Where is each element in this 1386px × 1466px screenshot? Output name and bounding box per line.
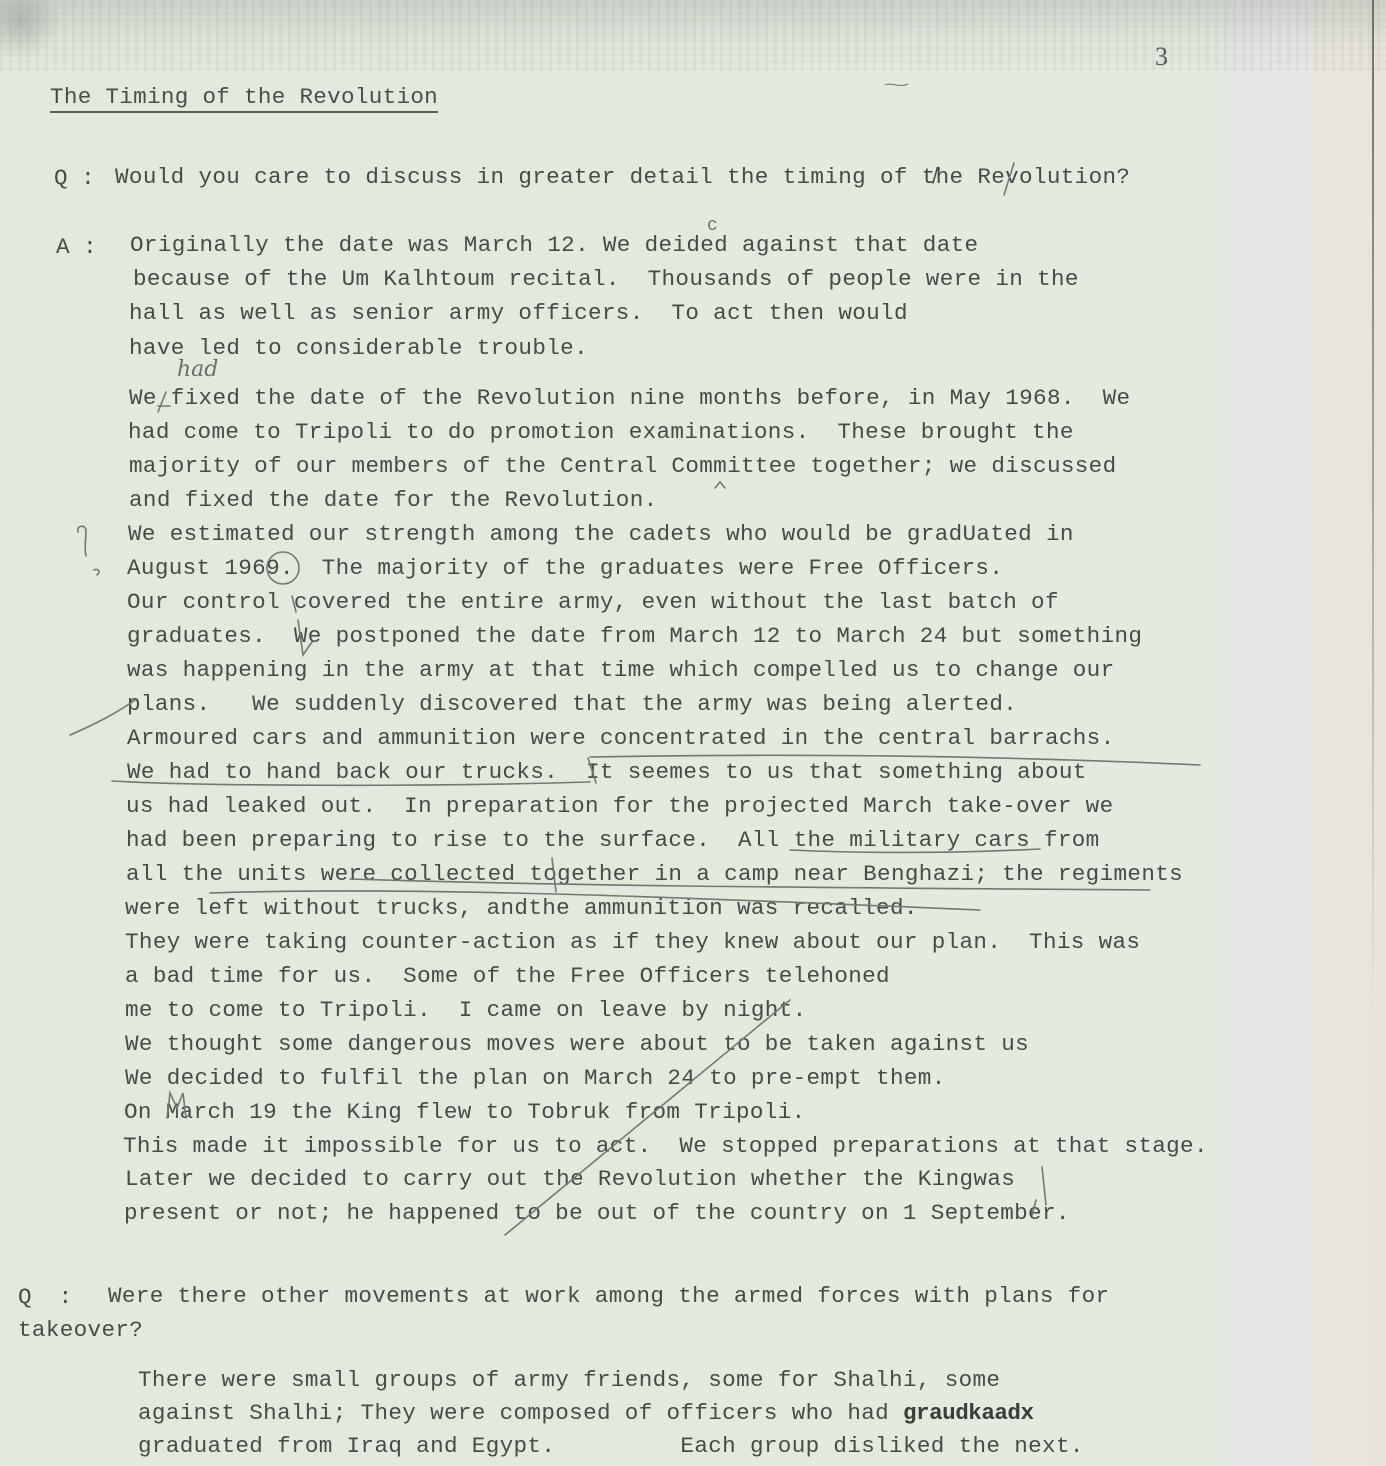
question-text: Would you care to discuss in greater det… [115, 166, 1130, 189]
answer-line: We estimated our strength among the cade… [128, 523, 1074, 546]
answer-line: against Shalhi; They were composed of of… [138, 1402, 1034, 1425]
answer-line: me to come to Tripoli. I came on leave b… [125, 999, 807, 1022]
question-text-line: takeover? [18, 1319, 143, 1342]
answer-line: Later we decided to carry out the Revolu… [125, 1168, 1015, 1191]
struck-out-text: graudkaadx [903, 1400, 1034, 1426]
answer-line: Our control covered the entire army, eve… [127, 591, 1059, 614]
answer-line: graduated from Iraq and Egypt. Each grou… [138, 1435, 1084, 1458]
answer-line: because of the Um Kalhtoum recital. Thou… [133, 268, 1079, 291]
answer-line: Armoured cars and ammunition were concen… [127, 727, 1115, 750]
answer-line: us had leaked out. In preparation for th… [126, 795, 1114, 818]
answer-line: hall as well as senior army officers. To… [129, 302, 908, 325]
section-title: The Timing of the Revolution [50, 84, 438, 113]
answer-line: had come to Tripoli to do promotion exam… [128, 421, 1074, 444]
answer-line: was happening in the army at that time w… [127, 659, 1115, 682]
answer-line: had been preparing to rise to the surfac… [126, 829, 1100, 852]
answer-line: present or not; he happened to be out of… [124, 1202, 1070, 1225]
answer-line: On March 19 the King flew to Tobruk from… [124, 1101, 806, 1124]
page-number: 3 [1155, 42, 1168, 72]
answer-line: This made it impossible for us to act. W… [123, 1135, 1208, 1158]
answer-line: Originally the date was March 12. We dei… [130, 234, 978, 257]
answer-line-text: against Shalhi; They were composed of of… [138, 1400, 903, 1426]
question-label: Q : [54, 165, 95, 191]
document-page: 3 The Timing of the Revolution Q : Would… [0, 0, 1386, 1466]
answer-line: We had to hand back our trucks. It seeme… [127, 761, 1087, 784]
handwritten-insertion: had [177, 357, 218, 382]
answer-line: August 1969. The majority of the graduat… [127, 557, 1003, 580]
question-text-line: Were there other movements at work among… [108, 1285, 1109, 1308]
answer-label: A : [56, 234, 97, 260]
answer-line: were left without trucks, andthe ammunit… [125, 897, 918, 920]
answer-line: a bad time for us. Some of the Free Offi… [125, 965, 890, 988]
answer-line: There were small groups of army friends,… [138, 1369, 1000, 1392]
answer-line: and fixed the date for the Revolution. [129, 489, 658, 512]
answer-line: They were taking counter-action as if th… [125, 931, 1140, 954]
answer-line: We decided to fulfil the plan on March 2… [125, 1067, 946, 1090]
answer-line: We thought some dangerous moves were abo… [125, 1033, 1029, 1056]
scan-noise-band [0, 0, 1386, 70]
handwritten-correction: c [707, 216, 718, 236]
page-edge-shadow [1372, 0, 1374, 1466]
answer-line: We fixed the date of the Revolution nine… [129, 387, 1130, 410]
answer-line: plans. We suddenly discovered that the a… [127, 693, 1017, 716]
question-label: Q : [18, 1284, 72, 1310]
answer-line: graduates. We postponed the date from Ma… [127, 625, 1142, 648]
answer-line: all the units were collected together in… [126, 863, 1183, 886]
answer-line: majority of our members of the Central C… [129, 455, 1117, 478]
